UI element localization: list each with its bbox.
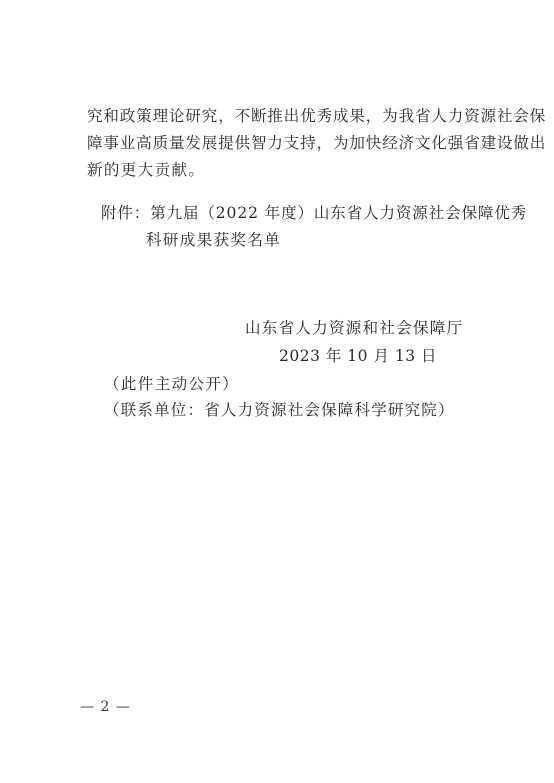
body-text-line-2: 障事业高质量发展提供智力支持，为加快经济文化强省建设做出	[87, 133, 546, 153]
disclosure-note: （此件主动公开）	[104, 374, 239, 394]
annex-title-line-1: 附件：第九届（2022 年度）山东省人力资源社会保障优秀	[101, 203, 527, 223]
page-number: — 2 —	[80, 698, 131, 716]
body-text-line-3: 新的更大贡献。	[87, 160, 205, 180]
annex-title-line-2: 科研成果获奖名单	[146, 230, 281, 250]
body-text-line-1: 究和政策理论研究，不断推出优秀成果，为我省人力资源社会保	[87, 106, 546, 126]
contact-unit-note: （联系单位：省人力资源社会保障科学研究院）	[104, 400, 455, 420]
issue-date: 2023 年 10 月 13 日	[279, 346, 437, 366]
issuing-authority: 山东省人力资源和社会保障厅	[245, 318, 463, 338]
